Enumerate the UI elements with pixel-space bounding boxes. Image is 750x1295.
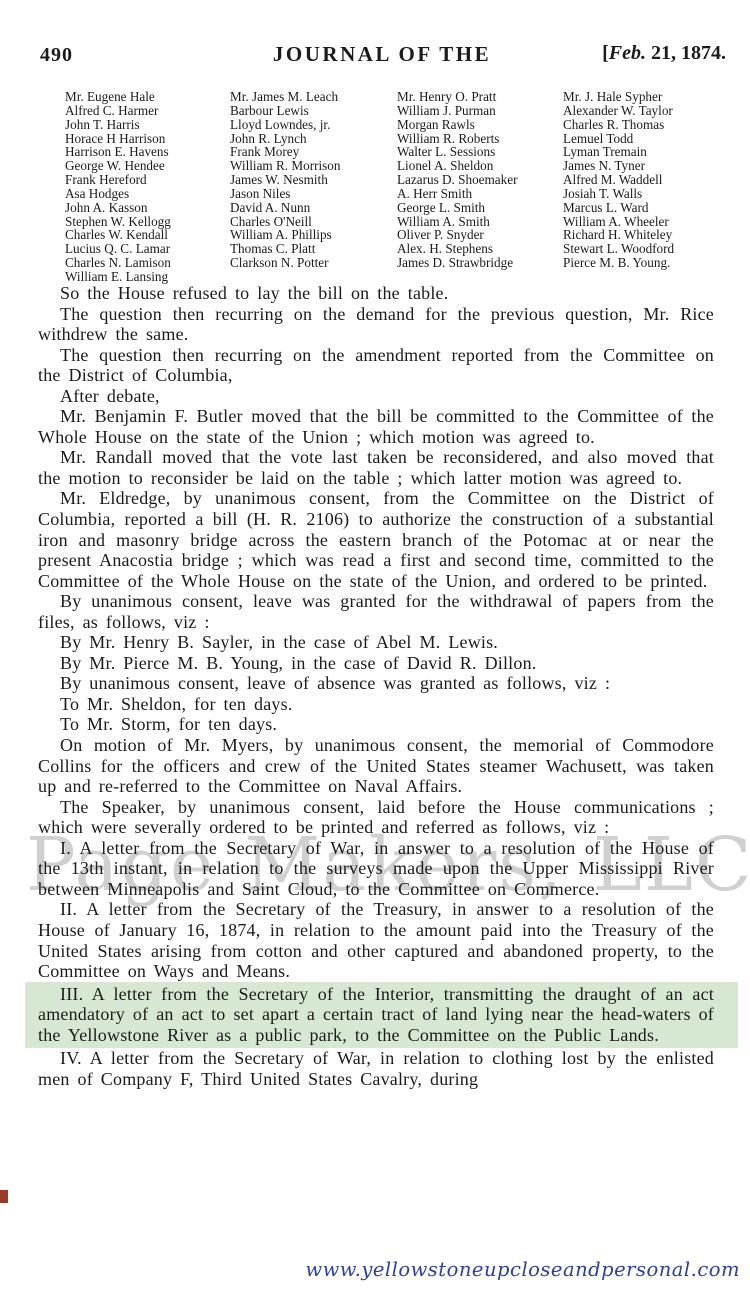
- body-paragraph: By unanimous consent, leave of absence w…: [38, 673, 714, 694]
- highlighted-paragraph-yellowstone: III. A letter from the Secretary of the …: [25, 982, 738, 1049]
- member-name: Josiah T. Walls: [563, 187, 728, 201]
- member-name: Lionel A. Sheldon: [397, 159, 538, 173]
- member-name: Mr. Henry O. Pratt: [397, 90, 538, 104]
- member-name: George W. Hendee: [65, 159, 205, 173]
- member-name: Stephen W. Kellogg: [65, 215, 205, 229]
- member-name: Alfred C. Harmer: [65, 104, 205, 118]
- member-name: Mr. James M. Leach: [230, 90, 372, 104]
- member-name: Horace H Harrison: [65, 132, 205, 146]
- body-paragraph: To Mr. Storm, for ten days.: [38, 714, 714, 735]
- body-paragraph: The question then recurring on the deman…: [38, 304, 714, 345]
- member-name: Oliver P. Snyder: [397, 228, 538, 242]
- member-name: James D. Strawbridge: [397, 256, 538, 270]
- date-month: Feb.: [609, 42, 646, 64]
- member-name: Charles N. Lamison: [65, 256, 205, 270]
- member-name: David A. Nunn: [230, 201, 372, 215]
- body-paragraph: Mr. Benjamin F. Butler moved that the bi…: [38, 406, 714, 447]
- date-header: [Feb. 21, 1874.: [602, 42, 726, 65]
- member-name: William R. Roberts: [397, 132, 538, 146]
- member-name: Thomas C. Platt: [230, 242, 372, 256]
- member-name: James N. Tyner: [563, 159, 728, 173]
- body-paragraph: I. A letter from the Secretary of War, i…: [38, 838, 714, 900]
- body-paragraph: On motion of Mr. Myers, by unanimous con…: [38, 735, 714, 797]
- member-name: Charles O'Neill: [230, 215, 372, 229]
- member-name: George L. Smith: [397, 201, 538, 215]
- members-column-2: Mr. James M. LeachBarbour LewisLloyd Low…: [205, 90, 372, 284]
- member-name: Mr. J. Hale Sypher: [563, 90, 728, 104]
- member-name: Lyman Tremain: [563, 145, 728, 159]
- member-name: William J. Purman: [397, 104, 538, 118]
- member-name: Barbour Lewis: [230, 104, 372, 118]
- member-name: William A. Wheeler: [563, 215, 728, 229]
- body-paragraph: To Mr. Sheldon, for ten days.: [38, 694, 714, 715]
- body-paragraph: Mr. Randall moved that the vote last tak…: [38, 447, 714, 488]
- member-name: William A. Phillips: [230, 228, 372, 242]
- member-name: Richard H. Whiteley: [563, 228, 728, 242]
- member-name: Pierce M. B. Young.: [563, 256, 728, 270]
- member-name: Marcus L. Ward: [563, 201, 728, 215]
- member-name: James W. Nesmith: [230, 173, 372, 187]
- members-column-4: Mr. J. Hale SypherAlexander W. TaylorCha…: [538, 90, 728, 284]
- website-link[interactable]: www.yellowstoneupcloseandpersonal.com: [305, 1258, 740, 1281]
- member-name: Stewart L. Woodford: [563, 242, 728, 256]
- page-header: 490 JOURNAL OF THE [Feb. 21, 1874.: [38, 42, 726, 70]
- member-name: John R. Lynch: [230, 132, 372, 146]
- member-name: William R. Morrison: [230, 159, 372, 173]
- page-number: 490: [40, 44, 73, 67]
- body-paragraph: Mr. Eldredge, by unanimous consent, from…: [38, 488, 714, 591]
- member-name: John A. Kasson: [65, 201, 205, 215]
- watermark-anchor: Page Makers, LLC I. A letter from the Se…: [38, 838, 714, 900]
- members-list: Mr. Eugene HaleAlfred C. HarmerJohn T. H…: [40, 90, 734, 284]
- member-name: Asa Hodges: [65, 187, 205, 201]
- member-name: Lazarus D. Shoemaker: [397, 173, 538, 187]
- document-page: 490 JOURNAL OF THE [Feb. 21, 1874. Mr. E…: [0, 0, 750, 1295]
- member-name: Charles W. Kendall: [65, 228, 205, 242]
- member-name: Morgan Rawls: [397, 118, 538, 132]
- date-bracket: [: [602, 42, 609, 64]
- body-paragraph: By Mr. Henry B. Sayler, in the case of A…: [38, 632, 714, 653]
- body-paragraph: By Mr. Pierce M. B. Young, in the case o…: [38, 653, 714, 674]
- date-rest: 21, 1874.: [646, 42, 726, 64]
- member-name: Frank Hereford: [65, 173, 205, 187]
- member-name: Lloyd Lowndes, jr.: [230, 118, 372, 132]
- body-paragraph: The question then recurring on the amend…: [38, 345, 714, 386]
- member-name: Mr. Eugene Hale: [65, 90, 205, 104]
- body-paragraph: So the House refused to lay the bill on …: [38, 283, 714, 304]
- journal-title: JOURNAL OF THE: [273, 42, 491, 67]
- member-name: William E. Lansing: [65, 270, 205, 284]
- member-name: William A. Smith: [397, 215, 538, 229]
- body-paragraph: II. A letter from the Secretary of the T…: [38, 899, 714, 981]
- body-paragraph: By unanimous consent, leave was granted …: [38, 591, 714, 632]
- scan-artifact: [0, 1190, 8, 1203]
- members-column-1: Mr. Eugene HaleAlfred C. HarmerJohn T. H…: [40, 90, 205, 284]
- member-name: Lemuel Todd: [563, 132, 728, 146]
- member-name: Harrison E. Havens: [65, 145, 205, 159]
- member-name: A. Herr Smith: [397, 187, 538, 201]
- body-paragraph: After debate,: [38, 386, 714, 407]
- members-column-3: Mr. Henry O. PrattWilliam J. PurmanMorga…: [372, 90, 538, 284]
- member-name: John T. Harris: [65, 118, 205, 132]
- member-name: Lucius Q. C. Lamar: [65, 242, 205, 256]
- member-name: Jason Niles: [230, 187, 372, 201]
- member-name: Alex. H. Stephens: [397, 242, 538, 256]
- member-name: Alexander W. Taylor: [563, 104, 728, 118]
- member-name: Clarkson N. Potter: [230, 256, 372, 270]
- member-name: Alfred M. Waddell: [563, 173, 728, 187]
- body-paragraph: IV. A letter from the Secretary of War, …: [38, 1048, 714, 1089]
- member-name: Frank Morey: [230, 145, 372, 159]
- member-name: Charles R. Thomas: [563, 118, 728, 132]
- journal-body: So the House refused to lay the bill on …: [38, 283, 714, 1089]
- member-name: Walter L. Sessions: [397, 145, 538, 159]
